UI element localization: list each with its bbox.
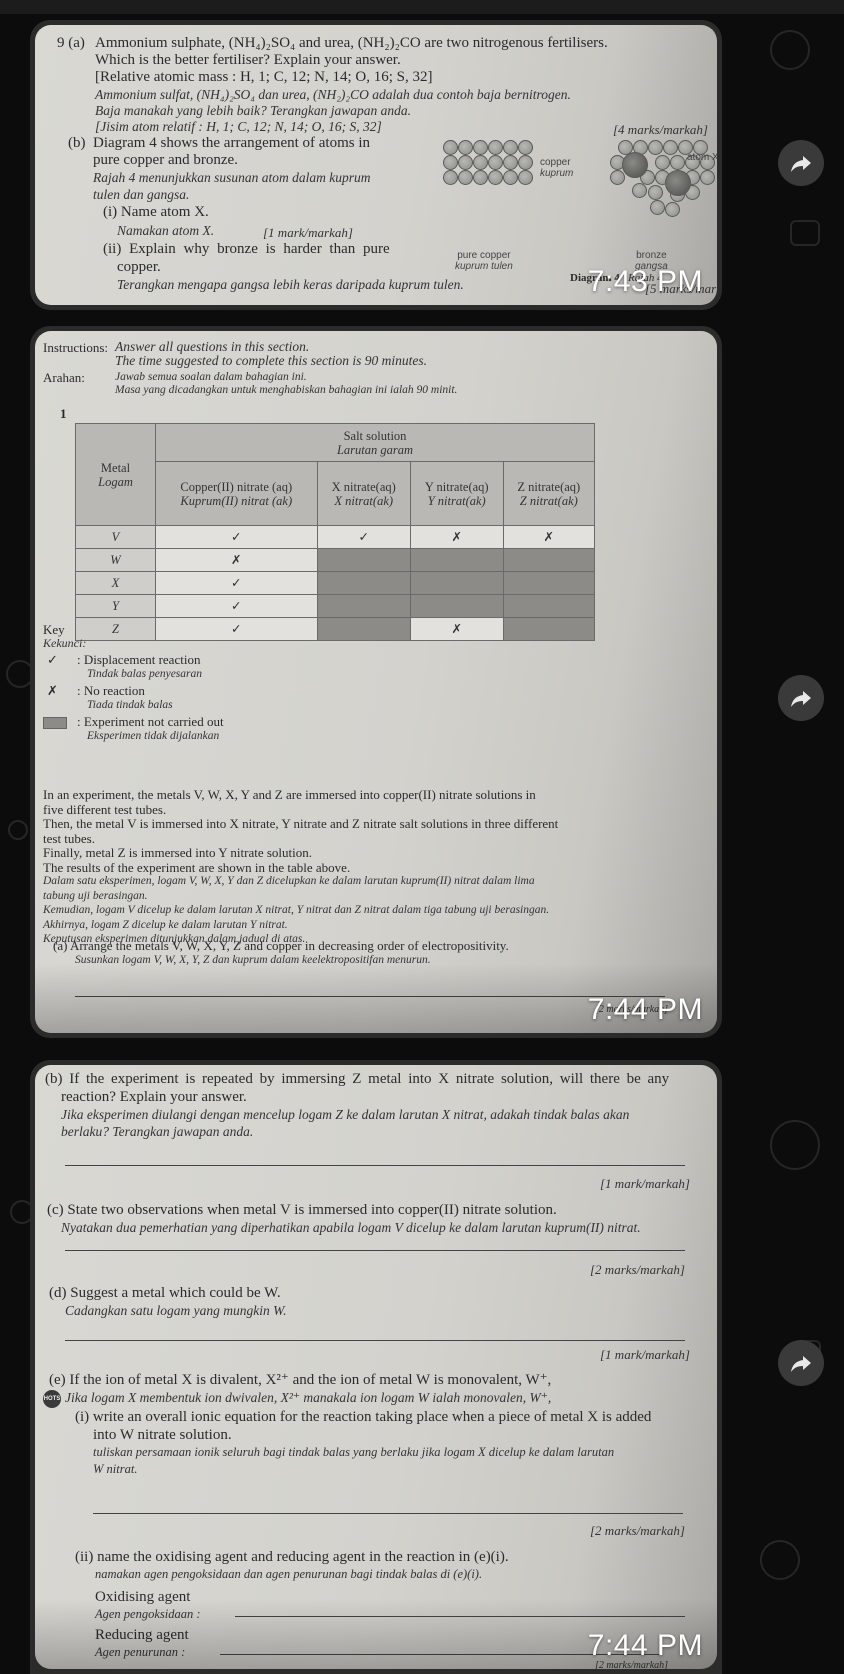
column-header-en: Copper(II) nitrate (aq)	[180, 480, 292, 494]
metal-header-en: Metal	[101, 461, 130, 475]
copper-atom-icon	[458, 140, 473, 155]
qb-text-en-1: (b) If the experiment is repeated by imm…	[45, 1071, 669, 1088]
qc-text-en: (c) State two observations when metal V …	[47, 1202, 557, 1219]
message-timestamp: 7:44 PM	[588, 1629, 703, 1663]
reaction-cell: ✓	[317, 526, 410, 549]
atom-x-icon	[665, 170, 691, 196]
qeii-text-ms: namakan agen pengoksidaan dan agen penur…	[95, 1566, 482, 1582]
qeii-text-en: (ii) name the oxidising agent and reduci…	[75, 1549, 509, 1566]
instructions-label: Instructions:	[43, 339, 108, 356]
pure-copper-diagram	[443, 140, 533, 190]
copper-atom-icon	[648, 185, 663, 200]
q9bii-text-en-1: (ii) Explain why bronze is harder than p…	[103, 241, 390, 258]
wallpaper-doodle	[770, 1120, 820, 1170]
key-item-label-ms: Tiada tindak balas	[87, 697, 173, 713]
qb-text-ms-2: berlaku? Terangkan jawapan anda.	[61, 1124, 253, 1140]
passage-line: Then, the metal V is immersed into X nit…	[43, 815, 558, 832]
reaction-cell: ✓	[156, 572, 318, 595]
qc-marks: [2 marks/markah]	[590, 1261, 685, 1278]
copper-atom-icon	[518, 140, 533, 155]
metal-cell: W	[76, 549, 156, 572]
q9a-text-ms-1: Ammonium sulfat, (NH₄)₂SO₄ dan urea, (NH…	[95, 87, 571, 103]
message-photo-1[interactable]: 9 (a) Ammonium sulphate, (NH₄)₂SO₄ and u…	[35, 25, 717, 305]
column-header-en: Z nitrate(aq)	[517, 480, 580, 494]
q9b-text-ms-2: tulen dan gangsa.	[93, 187, 189, 203]
column-header-ms: Y nitrat(ak)	[428, 494, 486, 508]
q9a-label: 9 (a)	[57, 35, 85, 52]
qb-answer-line[interactable]	[65, 1165, 685, 1166]
copper-atom-icon	[700, 170, 715, 185]
qd-text-en: (d) Suggest a metal which could be W.	[49, 1285, 281, 1302]
reaction-cell: ✓	[156, 618, 318, 641]
q9a-text-ms-3: [Jisim atom relatif : H, 1; C, 12; N, 14…	[95, 119, 382, 135]
q9b-text-en-1: Diagram 4 shows the arrangement of atoms…	[93, 135, 370, 152]
q9a-text-ms-2: Baja manakah yang lebih baik? Terangkan …	[95, 103, 411, 119]
qei-marks: [2 marks/markah]	[590, 1522, 685, 1539]
qd-marks: [1 mark/markah]	[600, 1346, 690, 1363]
qei-text-ms-2: W nitrat.	[93, 1461, 137, 1477]
table-row: X✓	[76, 572, 595, 595]
image-message-3[interactable]: (b) If the experiment is repeated by imm…	[30, 1060, 722, 1674]
copper-atom-icon	[518, 170, 533, 185]
no-reaction-cell: ✗	[410, 618, 503, 641]
column-header: Copper(II) nitrate (aq)Kuprum(II) nitrat…	[156, 462, 318, 526]
wallpaper-doodle	[760, 1540, 800, 1580]
pure-copper-label-en: pure copper	[457, 250, 510, 261]
qb-text-ms-1: Jika eksperimen diulangi dengan mencelup…	[61, 1107, 629, 1123]
copper-atom-icon	[473, 140, 488, 155]
image-message-2[interactable]: Instructions: Answer all questions in th…	[30, 326, 722, 1038]
copper-atom-icon	[458, 170, 473, 185]
not-carried-out-cell	[503, 572, 594, 595]
not-carried-out-cell	[503, 595, 594, 618]
q9a-text-en-2: Which is the better fertiliser? Explain …	[95, 52, 401, 69]
top-status-strip	[0, 0, 844, 14]
oxidising-agent-label: Oxidising agent	[95, 1589, 190, 1606]
copper-atom-icon	[488, 170, 503, 185]
qa-answer-line[interactable]	[75, 996, 665, 997]
wallpaper-doodle	[790, 220, 820, 246]
pure-copper-label-ms: kuprum tulen	[455, 261, 513, 272]
no-reaction-cell: ✗	[410, 526, 503, 549]
key-title-ms: Kekunci:	[43, 635, 86, 651]
q9a-text-en-3: [Relative atomic mass : H, 1; C, 12; N, …	[95, 69, 432, 86]
q9b-text-en-2: pure copper and bronze.	[93, 152, 238, 169]
qb-marks: [1 mark/markah]	[600, 1175, 690, 1192]
key-item-label-ms: Tindak balas penyesaran	[87, 666, 202, 682]
not-carried-out-cell	[410, 549, 503, 572]
copper-label-en: copper	[540, 157, 571, 168]
copper-atom-icon	[443, 170, 458, 185]
copper-atom-icon	[650, 200, 665, 215]
metal-cell: Y	[76, 595, 156, 618]
q9bii-text-ms: Terangkan mengapa gangsa lebih keras dar…	[117, 277, 464, 293]
forward-arrow-icon	[789, 686, 813, 710]
reaction-cell: ✓	[156, 526, 318, 549]
copper-atom-icon	[663, 140, 678, 155]
salt-solution-header-en: Salt solution	[344, 429, 407, 443]
image-message-1[interactable]: 9 (a) Ammonium sulphate, (NH₄)₂SO₄ and u…	[30, 20, 722, 310]
column-header: X nitrate(aq)X nitrat(ak)	[317, 462, 410, 526]
forward-button[interactable]	[778, 675, 824, 721]
message-photo-2[interactable]: Instructions: Answer all questions in th…	[35, 331, 717, 1033]
qd-answer-line[interactable]	[65, 1340, 685, 1341]
copper-atom-icon	[518, 155, 533, 170]
salt-solution-header-ms: Larutan garam	[337, 443, 413, 457]
forward-button[interactable]	[778, 140, 824, 186]
instructions-line-2: The time suggested to complete this sect…	[115, 353, 427, 369]
not-carried-out-cell	[317, 595, 410, 618]
copper-atom-icon	[473, 155, 488, 170]
reducing-agent-label: Reducing agent	[95, 1627, 189, 1644]
not-carried-out-cell	[503, 618, 594, 641]
not-carried-out-cell	[317, 618, 410, 641]
qei-text-ms-1: tuliskan persamaan ionik seluruh bagi ti…	[93, 1444, 614, 1460]
q9b-label: (b)	[68, 135, 86, 152]
column-header-ms: Z nitrat(ak)	[520, 494, 578, 508]
qc-answer-line[interactable]	[65, 1250, 685, 1251]
q9bii-text-en-2: copper.	[117, 259, 161, 276]
key-item-label-ms: Eksperimen tidak dijalankan	[87, 728, 219, 744]
reducing-agent-label-ms: Agen penurunan :	[95, 1644, 185, 1660]
not-carried-out-cell	[503, 549, 594, 572]
oxidising-agent-answer-line[interactable]	[235, 1616, 685, 1617]
copper-atom-icon	[488, 140, 503, 155]
q9a-text-en-1: Ammonium sulphate, (NH₄)₂SO₄ and urea, (…	[95, 35, 608, 52]
copper-atom-icon	[473, 170, 488, 185]
tick-icon: ✓	[47, 651, 58, 668]
no-reaction-cell: ✗	[156, 549, 318, 572]
copper-atom-icon	[458, 155, 473, 170]
copper-atom-icon	[443, 155, 458, 170]
column-header: Y nitrate(aq)Y nitrat(ak)	[410, 462, 503, 526]
table-row: Y✓	[76, 595, 595, 618]
q9bi-marks: [1 mark/markah]	[263, 224, 353, 241]
message-photo-3[interactable]: (b) If the experiment is repeated by imm…	[35, 1065, 717, 1669]
qei-answer-line[interactable]	[93, 1513, 683, 1514]
column-header-ms: X nitrat(ak)	[334, 494, 393, 508]
qei-text-en-1: (i) write an overall ionic equation for …	[75, 1409, 651, 1426]
oxidising-agent-label-ms: Agen pengoksidaan :	[95, 1606, 201, 1622]
atom-x-label: atom X	[687, 152, 717, 163]
cross-icon: ✗	[47, 682, 58, 699]
qa-text-ms: Susunkan logam V, W, X, Y, Z dan kuprum …	[75, 952, 431, 968]
forward-button[interactable]	[778, 1340, 824, 1386]
copper-atom-icon	[488, 155, 503, 170]
salt-solution-header: Salt solution Larutan garam	[156, 424, 595, 462]
copper-atom-icon	[503, 140, 518, 155]
qe-text-ms: Jika logam X membentuk ion dwivalen, X²⁺…	[65, 1390, 551, 1406]
column-header-ms: Kuprum(II) nitrat (ak)	[180, 494, 292, 508]
copper-atom-icon	[632, 183, 647, 198]
qd-text-ms: Cadangkan satu logam yang mungkin W.	[65, 1303, 287, 1319]
question-number: 1	[60, 405, 67, 422]
shaded-swatch-icon	[43, 713, 67, 730]
wallpaper-doodle	[8, 820, 28, 840]
metal-header-ms: Logam	[98, 475, 133, 489]
arahan-label: Arahan:	[43, 369, 85, 386]
message-timestamp: 7:44 PM	[588, 993, 703, 1027]
column-header-en: X nitrate(aq)	[332, 480, 396, 494]
q9bi-text-en: (i) Name atom X.	[103, 204, 209, 221]
copper-atom-icon	[665, 202, 680, 217]
q9bi-text-ms: Namakan atom X.	[117, 223, 214, 239]
hots-badge: HOTS	[43, 1390, 61, 1408]
table-row: W✗	[76, 549, 595, 572]
metal-header: Metal Logam	[76, 424, 156, 526]
qb-text-en-2: reaction? Explain your answer.	[61, 1089, 247, 1106]
qe-text-en: (e) If the ion of metal X is divalent, X…	[49, 1372, 551, 1389]
pure-copper-label: pure copper kuprum tulen	[455, 250, 513, 272]
q9a-marks: [4 marks/markah]	[613, 121, 708, 138]
q9b-text-ms-1: Rajah 4 menunjukkan susunan atom dalam k…	[93, 170, 370, 186]
metal-cell: V	[76, 526, 156, 549]
not-carried-out-cell	[317, 549, 410, 572]
copper-atom-icon	[503, 170, 518, 185]
copper-atom-icon	[655, 155, 670, 170]
table-row: V✓✓✗✗	[76, 526, 595, 549]
not-carried-out-cell	[410, 572, 503, 595]
results-table: Metal Logam Salt solution Larutan garam …	[75, 423, 595, 641]
not-carried-out-cell	[317, 572, 410, 595]
message-timestamp: 7:43 PM	[588, 265, 703, 299]
bronze-label-en: bronze	[636, 250, 667, 261]
atom-x-icon	[622, 152, 648, 178]
wallpaper-doodle	[770, 30, 810, 70]
copper-label: copper kuprum	[540, 157, 573, 179]
table-row: Z✓✗	[76, 618, 595, 641]
metal-cell: X	[76, 572, 156, 595]
forward-arrow-icon	[789, 1351, 813, 1375]
copper-atom-icon	[610, 170, 625, 185]
copper-atom-icon	[503, 155, 518, 170]
not-carried-out-cell	[410, 595, 503, 618]
copper-atom-icon	[443, 140, 458, 155]
column-header: Z nitrate(aq)Z nitrat(ak)	[503, 462, 594, 526]
metal-cell: Z	[76, 618, 156, 641]
qei-text-en-2: into W nitrate solution.	[93, 1427, 232, 1444]
reaction-cell: ✓	[156, 595, 318, 618]
no-reaction-cell: ✗	[503, 526, 594, 549]
forward-arrow-icon	[789, 151, 813, 175]
copper-atom-icon	[670, 155, 685, 170]
instructions-line-4: Masa yang dicadangkan untuk menghabiskan…	[115, 382, 457, 398]
copper-atom-icon	[648, 140, 663, 155]
column-header-en: Y nitrate(aq)	[425, 480, 489, 494]
copper-label-ms: kuprum	[540, 168, 573, 179]
qc-text-ms: Nyatakan dua pemerhatian yang diperhatik…	[61, 1220, 641, 1236]
